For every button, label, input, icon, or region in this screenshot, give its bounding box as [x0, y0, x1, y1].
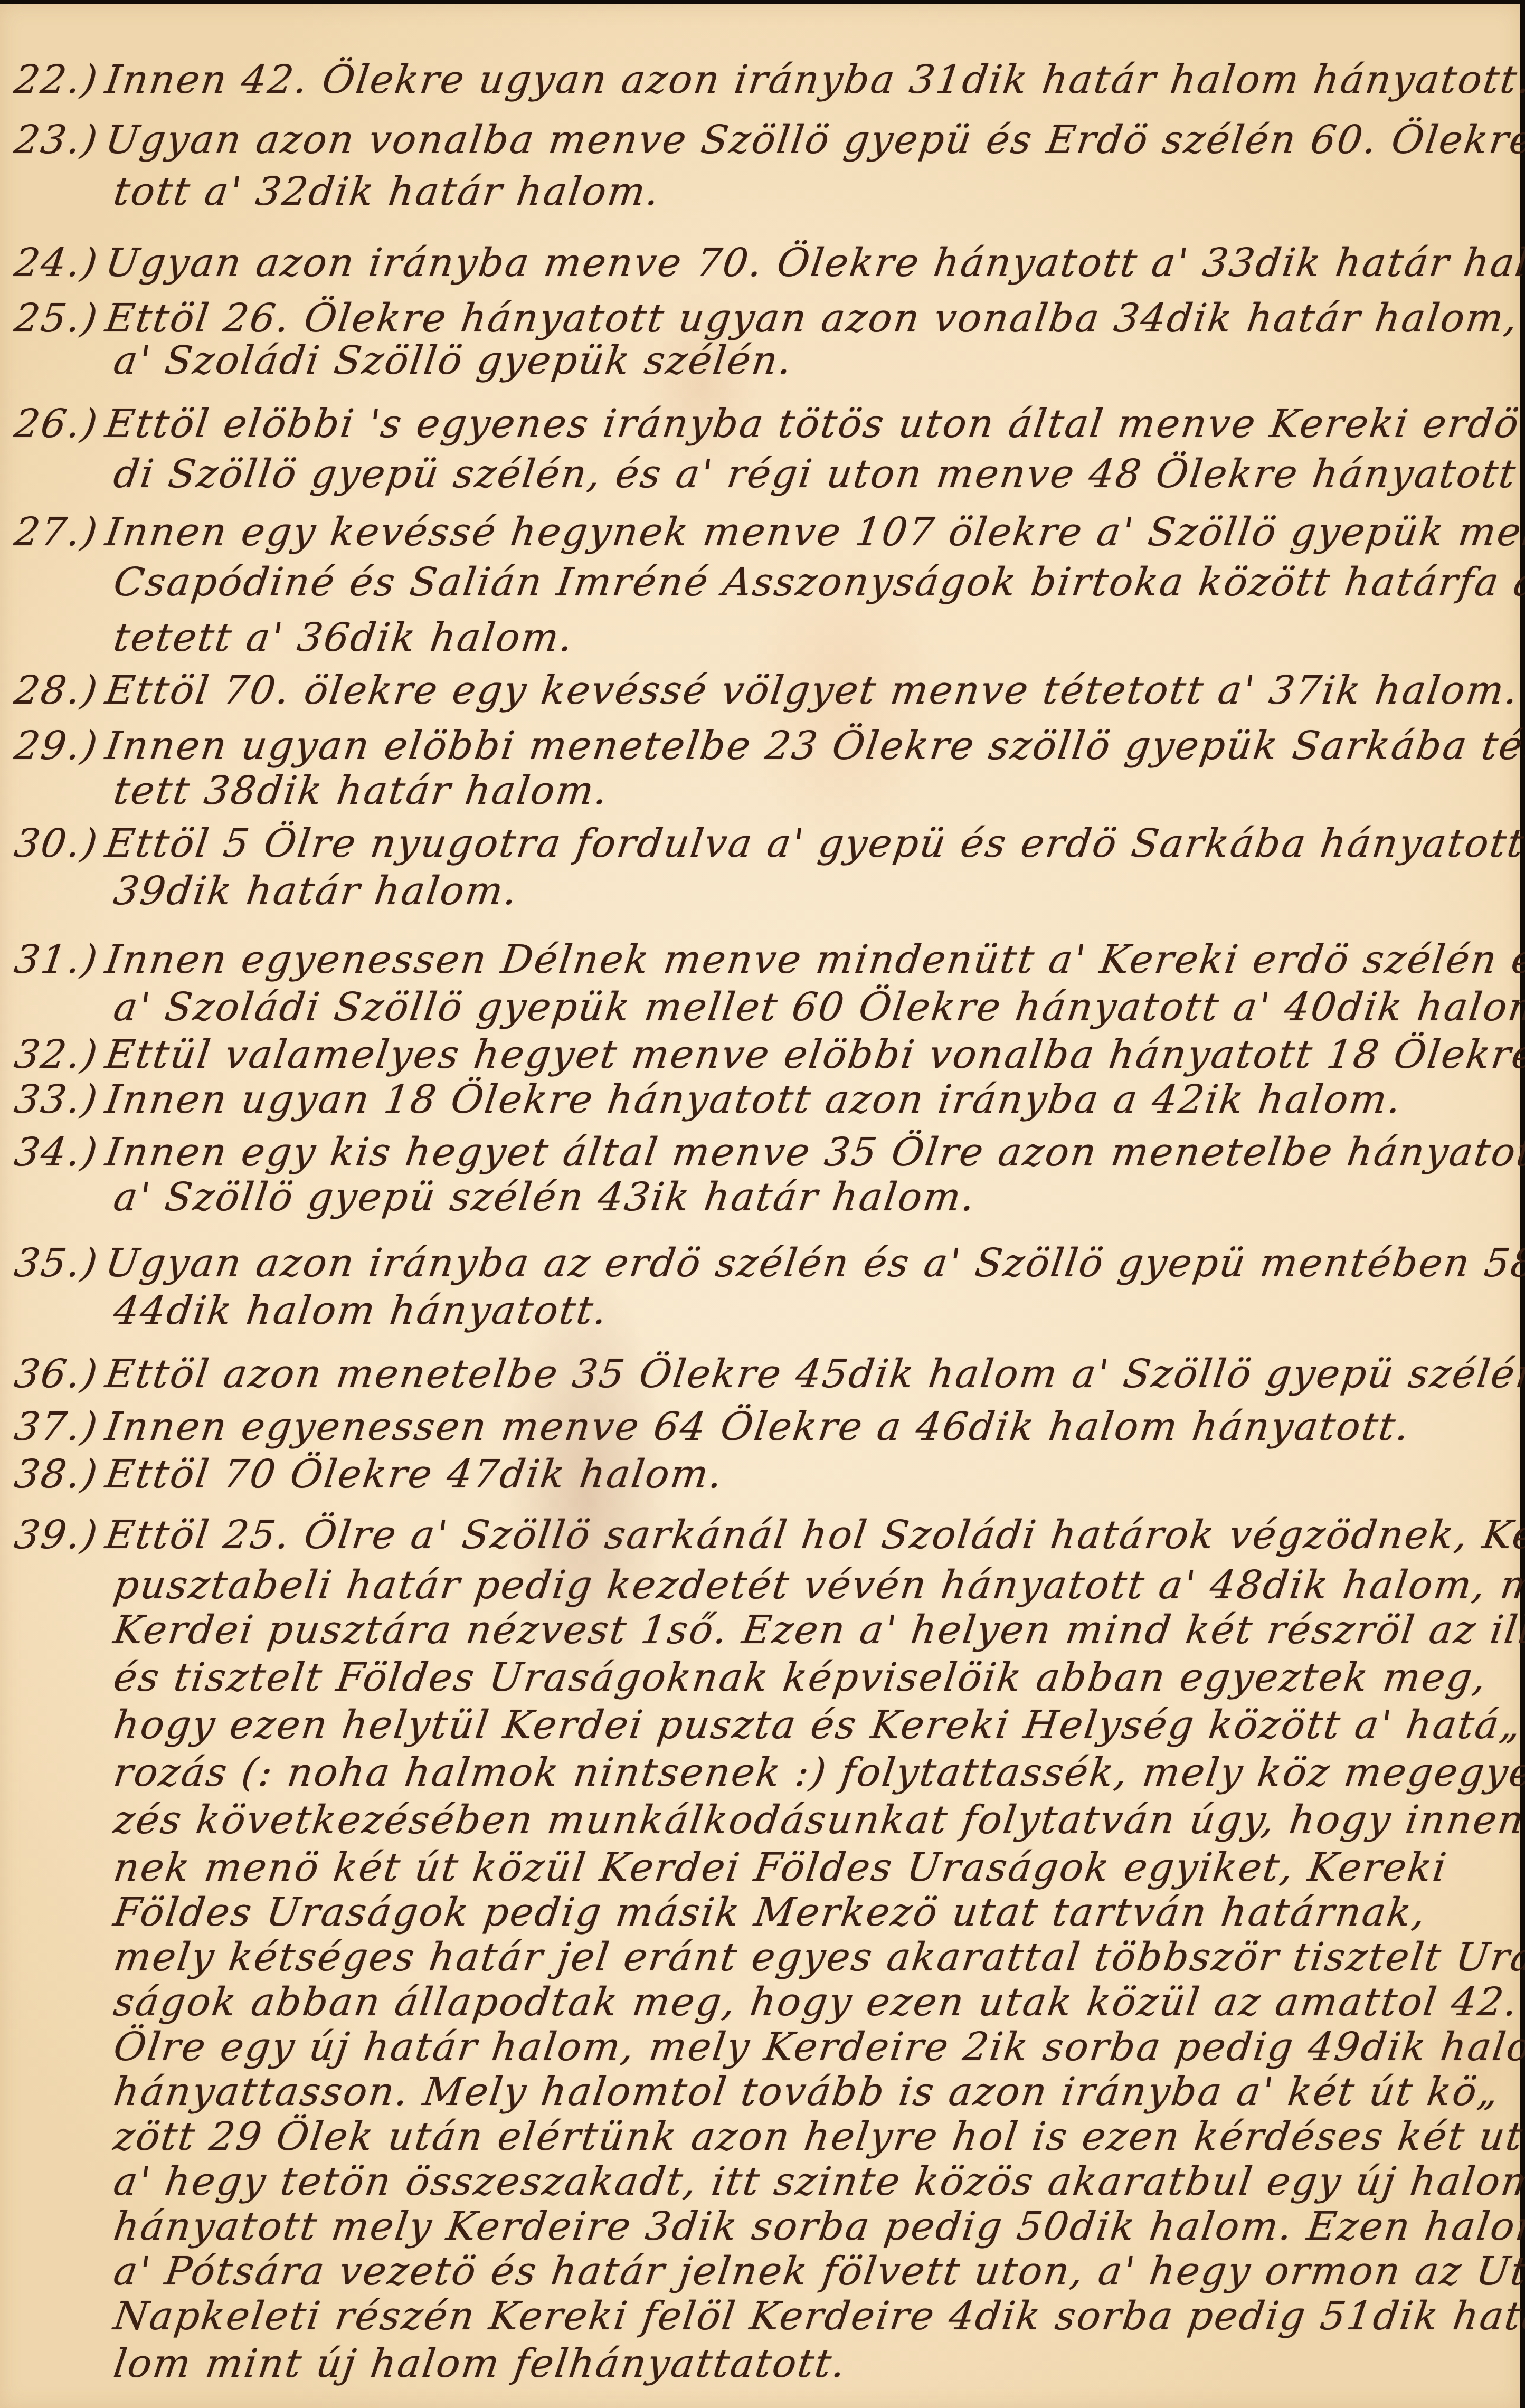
entry-number: 22.)	[12, 57, 102, 102]
entry-25-line-2: a' Szoládi Szöllö gyepük szélén.	[111, 338, 796, 383]
entry-number: 30.)	[12, 821, 102, 866]
entry-text: nek menö két út közül Kerdei Földes Uras…	[111, 1845, 1451, 1890]
entry-34-line-1: 34.)Innen egy kis hegyet által menve 35 …	[12, 1130, 1525, 1175]
entry-33-line-1: 33.)Innen ugyan 18 Ölekre hányatott azon…	[12, 1077, 1405, 1122]
entry-31-line-2: a' Szoládi Szöllö gyepük mellet 60 Ölekr…	[111, 984, 1525, 1030]
entry-26-line-2: di Szöllö gyepü szélén, és a' régi uton …	[111, 451, 1525, 497]
entry-text: pusztabeli határ pedig kezdetét vévén há…	[111, 1562, 1525, 1608]
entry-23-line-2: tott a' 32dik határ halom.	[111, 169, 664, 214]
entry-text: Innen egyenessen menve 64 Ölekre a 46dik…	[103, 1404, 1414, 1449]
entry-text: Innen ugyan 18 Ölekre hányatott azon irá…	[103, 1077, 1406, 1122]
entry-text: lom mint új halom felhányattatott.	[111, 2341, 850, 2386]
entry-39-line-1: 39.)Ettöl 25. Ölre a' Szöllö sarkánál ho…	[12, 1512, 1525, 1558]
entry-23-line-1: 23.)Ugyan azon vonalba menve Szöllö gyep…	[12, 117, 1525, 163]
entry-number: 32.)	[12, 1032, 102, 1077]
entry-27-line-1: 27.)Innen egy kevéssé hegynek menve 107 …	[12, 509, 1525, 555]
entry-text: Földes Uraságok pedig másik Merkezö utat…	[111, 1890, 1430, 1935]
entry-text: tetett a' 36dik halom.	[111, 615, 577, 660]
entry-27-line-3: tetett a' 36dik halom.	[111, 615, 577, 660]
entry-39-line-8: nek menö két út közül Kerdei Földes Uras…	[111, 1845, 1451, 1890]
entry-text: a' Szoládi Szöllö gyepük szélén.	[111, 338, 796, 383]
entry-39-line-10: mely kétséges határ jel eránt egyes akar…	[111, 1935, 1525, 1980]
entry-text: Ugyan azon irányba az erdö szélén és a' …	[103, 1240, 1525, 1286]
entry-text: ságok abban állapodtak meg, hogy ezen ut…	[111, 1979, 1522, 2025]
entry-text: Ettöl azon menetelbe 35 Ölekre 45dik hal…	[103, 1351, 1525, 1397]
entry-text: Ettöl 26. Ölekre hányatott ugyan azon vo…	[103, 296, 1522, 341]
entry-number: 26.)	[12, 401, 102, 447]
entry-29-line-1: 29.)Innen ugyan elöbbi menetelbe 23 Ölek…	[12, 723, 1525, 769]
entry-text: a' Szoládi Szöllö gyepük mellet 60 Ölekr…	[111, 984, 1525, 1030]
entry-35-line-1: 35.)Ugyan azon irányba az erdö szélén és…	[12, 1240, 1525, 1286]
entry-text: rozás (: noha halmok nintsenek :) folyta…	[111, 1750, 1525, 1795]
entry-number: 36.)	[12, 1351, 102, 1397]
entry-text: és tisztelt Földes Uraságoknak képviselö…	[111, 1655, 1490, 1700]
entry-38-line-1: 38.)Ettöl 70 Ölekre 47dik halom.	[12, 1452, 726, 1497]
entry-number: 37.)	[12, 1404, 102, 1449]
entry-text: hányatott mely Kerdeire 3dik sorba pedig…	[111, 2204, 1525, 2249]
entry-24-line-1: 24.)Ugyan azon irányba menve 70. Ölekre …	[12, 240, 1525, 286]
entry-39-line-2: pusztabeli határ pedig kezdetét vévén há…	[111, 1562, 1525, 1608]
entry-39-line-5: hogy ezen helytül Kerdei puszta és Kerek…	[111, 1702, 1525, 1748]
entry-39-line-7: zés következésében munkálkodásunkat foly…	[111, 1797, 1525, 1843]
entry-text: Kerdei pusztára nézvest 1ső. Ezen a' hel…	[111, 1607, 1525, 1653]
entry-32-line-1: 32.)Ettül valamelyes hegyet menve elöbbi…	[12, 1032, 1525, 1077]
entry-text: Innen egyenessen Délnek menve mindenütt …	[103, 937, 1525, 982]
entry-39-line-4: és tisztelt Földes Uraságoknak képviselö…	[111, 1655, 1490, 1700]
entry-number: 29.)	[12, 723, 102, 769]
entry-text: a' hegy tetön összeszakadt, itt szinte k…	[111, 2159, 1525, 2204]
entry-text: Csapódiné és Salián Imréné Asszonyságok …	[111, 560, 1525, 605]
entry-text: Ölre egy új határ halom, mely Kerdeire 2…	[111, 2024, 1525, 2070]
entry-text: zés következésében munkálkodásunkat foly…	[111, 1797, 1525, 1843]
entry-22-line-1: 22.)Innen 42. Ölekre ugyan azon irányba …	[12, 57, 1525, 102]
entry-number: 34.)	[12, 1130, 102, 1175]
entry-number: 38.)	[12, 1452, 102, 1497]
entry-39-line-17: a' Pótsára vezetö és határ jelnek fölvet…	[111, 2249, 1525, 2294]
entry-number: 39.)	[12, 1512, 102, 1558]
entry-39-line-16: hányatott mely Kerdeire 3dik sorba pedig…	[111, 2204, 1525, 2249]
entry-number: 28.)	[12, 668, 102, 713]
entry-text: Ettül valamelyes hegyet menve elöbbi von…	[103, 1032, 1525, 1077]
entry-number: 24.)	[12, 240, 102, 286]
entry-number: 35.)	[12, 1240, 102, 1286]
entry-text: Napkeleti részén Kereki felöl Kerdeire 4…	[111, 2293, 1525, 2339]
entry-36-line-1: 36.)Ettöl azon menetelbe 35 Ölekre 45dik…	[12, 1351, 1525, 1397]
entry-text: mely kétséges határ jel eránt egyes akar…	[111, 1935, 1525, 1980]
entry-text: Ugyan azon vonalba menve Szöllö gyepü és…	[103, 117, 1525, 163]
entry-31-line-1: 31.)Innen egyenessen Délnek menve minden…	[12, 937, 1525, 982]
entry-28-line-1: 28.)Ettöl 70. ölekre egy kevéssé völgyet…	[12, 668, 1522, 713]
entry-text: Ettöl elöbbi 's egyenes irányba tötös ut…	[103, 401, 1525, 447]
entry-39-line-14: zött 29 Ölek után elértünk azon helyre h…	[111, 2114, 1525, 2159]
entry-text: Ettöl 70. ölekre egy kevéssé völgyet men…	[103, 668, 1522, 713]
entry-text: Innen egy kevéssé hegynek menve 107 ölek…	[103, 509, 1525, 555]
entry-text: a' Szöllö gyepü szélén 43ik határ halom.	[111, 1174, 979, 1220]
entry-text: Innen 42. Ölekre ugyan azon irányba 31di…	[103, 57, 1525, 102]
entry-text: Innen ugyan elöbbi menetelbe 23 Ölekre s…	[103, 723, 1525, 769]
entry-26-line-1: 26.)Ettöl elöbbi 's egyenes irányba tötö…	[12, 401, 1525, 447]
entry-text: tott a' 32dik határ halom.	[111, 169, 664, 214]
entry-number: 27.)	[12, 509, 102, 555]
entry-text: hogy ezen helytül Kerdei puszta és Kerek…	[111, 1702, 1525, 1748]
entry-text: Ugyan azon irányba menve 70. Ölekre hány…	[103, 240, 1525, 286]
entry-number: 25.)	[12, 296, 102, 341]
entry-39-line-18: Napkeleti részén Kereki felöl Kerdeire 4…	[111, 2293, 1525, 2339]
entry-37-line-1: 37.)Innen egyenessen menve 64 Ölekre a 4…	[12, 1404, 1414, 1449]
entry-text: di Szöllö gyepü szélén, és a' régi uton …	[111, 451, 1525, 497]
entry-text: 39dik határ halom.	[111, 868, 522, 914]
entry-text: Ettöl 25. Ölre a' Szöllö sarkánál hol Sz…	[103, 1512, 1525, 1558]
entry-text: zött 29 Ölek után elértünk azon helyre h…	[111, 2114, 1525, 2159]
entry-number: 23.)	[12, 117, 102, 163]
entry-39-line-15: a' hegy tetön összeszakadt, itt szinte k…	[111, 2159, 1525, 2204]
entry-text: Innen egy kis hegyet által menve 35 Ölre…	[103, 1130, 1525, 1175]
entry-39-line-12: Ölre egy új határ halom, mely Kerdeire 2…	[111, 2024, 1525, 2070]
entry-34-line-2: a' Szöllö gyepü szélén 43ik határ halom.	[111, 1174, 979, 1220]
entry-text: a' Pótsára vezetö és határ jelnek fölvet…	[111, 2249, 1525, 2294]
entry-30-line-1: 30.)Ettöl 5 Ölre nyugotra fordulva a' gy…	[12, 821, 1525, 866]
entry-text: hányattasson. Mely halomtol tovább is az…	[111, 2069, 1503, 2115]
entry-text: tett 38dik határ halom.	[111, 768, 612, 813]
entry-39-line-3: Kerdei pusztára nézvest 1ső. Ezen a' hel…	[111, 1607, 1525, 1653]
entry-39-line-19: lom mint új halom felhányattatott.	[111, 2341, 850, 2386]
entry-text: Ettöl 5 Ölre nyugotra fordulva a' gyepü …	[103, 821, 1525, 866]
entry-39-line-9: Földes Uraságok pedig másik Merkezö utat…	[111, 1890, 1430, 1935]
entry-39-line-13: hányattasson. Mely halomtol tovább is az…	[111, 2069, 1503, 2115]
entry-35-line-2: 44dik halom hányatott.	[111, 1288, 611, 1333]
entry-number: 33.)	[12, 1077, 102, 1122]
entry-number: 31.)	[12, 937, 102, 982]
entry-39-line-11: ságok abban állapodtak meg, hogy ezen ut…	[111, 1979, 1522, 2025]
entry-27-line-2: Csapódiné és Salián Imréné Asszonyságok …	[111, 560, 1525, 605]
entry-text: 44dik halom hányatott.	[111, 1288, 611, 1333]
entry-30-line-2: 39dik határ halom.	[111, 868, 522, 914]
entry-25-line-1: 25.)Ettöl 26. Ölekre hányatott ugyan azo…	[12, 296, 1522, 341]
entry-39-line-6: rozás (: noha halmok nintsenek :) folyta…	[111, 1750, 1525, 1795]
entry-29-line-2: tett 38dik határ halom.	[111, 768, 612, 813]
entry-text: Ettöl 70 Ölekre 47dik halom.	[103, 1452, 727, 1497]
